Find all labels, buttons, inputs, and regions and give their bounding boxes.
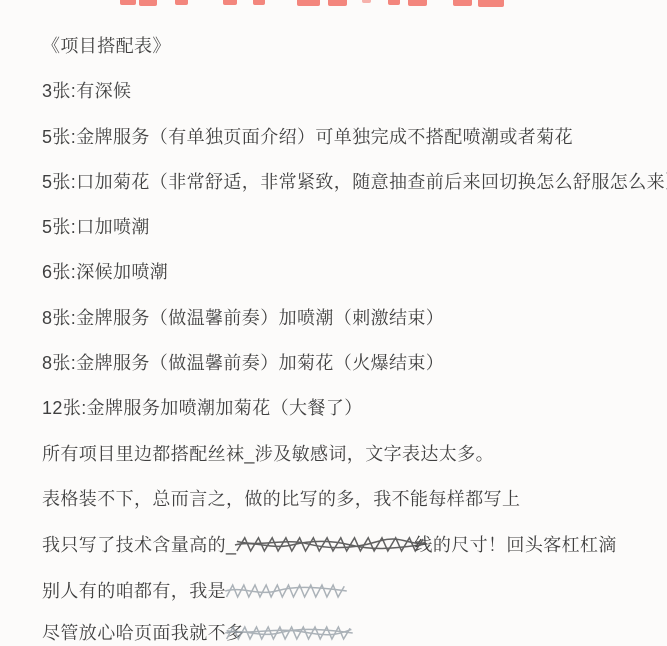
redacted-line-1-prefix: 我只写了技术含量高的_ bbox=[42, 535, 236, 555]
scribble-redaction-3 bbox=[244, 623, 350, 643]
red-heading-fragment bbox=[223, 0, 237, 5]
redacted-line-1: 我只写了技术含量高的_ 线的尺寸！回头客杠杠滴 bbox=[42, 532, 617, 558]
list-item-5: 6张:深候加喷潮 bbox=[42, 259, 168, 285]
scribble-redaction-2 bbox=[226, 581, 344, 601]
note-line-1: 所有项目里边都搭配丝袜_涉及敏感词，文字表达太多。 bbox=[42, 441, 494, 467]
red-heading-fragment bbox=[453, 0, 472, 6]
red-heading-fragment bbox=[328, 0, 347, 6]
red-heading-fragment bbox=[478, 0, 504, 7]
list-item-3: 5张:口加菊花（非常舒适，非常紧致，随意抽查前后来回切换怎么舒服怎么来） bbox=[42, 169, 667, 195]
redacted-line-2-prefix: 别人有的咱都有，我是 bbox=[42, 581, 226, 601]
red-heading-fragment bbox=[297, 0, 320, 6]
list-item-2: 5张:金牌服务（有单独页面介绍）可单独完成不搭配喷潮或者菊花 bbox=[42, 124, 573, 150]
redacted-line-3-prefix: 尽管放心哈页面我就不 bbox=[42, 623, 226, 643]
red-heading-fragment bbox=[362, 0, 371, 3]
red-heading-fragment bbox=[175, 0, 188, 5]
clipped-red-heading bbox=[0, 0, 667, 9]
red-heading-fragment bbox=[253, 0, 265, 5]
note-line-2: 表格装不下，总而言之，做的比写的多，我不能每样都写上 bbox=[42, 486, 520, 512]
red-heading-fragment bbox=[388, 0, 400, 5]
red-heading-fragment bbox=[120, 0, 136, 5]
scribble-redaction-1 bbox=[236, 535, 414, 555]
red-heading-fragment bbox=[139, 0, 157, 6]
document-page: 《项目搭配表》 3张:有深候 5张:金牌服务（有单独页面介绍）可单独完成不搭配喷… bbox=[0, 0, 667, 646]
document-title: 《项目搭配表》 bbox=[42, 33, 171, 59]
red-heading-fragment bbox=[408, 0, 427, 6]
list-item-4: 5张:口加喷潮 bbox=[42, 214, 150, 240]
list-item-1: 3张:有深候 bbox=[42, 78, 131, 104]
redacted-line-3: 尽管放心哈页面我就不多 bbox=[42, 620, 350, 646]
redacted-line-2: 别人有的咱都有，我是 bbox=[42, 578, 344, 604]
redacted-line-1-suffix: 线的尺寸！回头客杠杠滴 bbox=[414, 535, 616, 555]
list-item-8: 12张:金牌服务加喷潮加菊花（大餐了） bbox=[42, 395, 363, 421]
list-item-6: 8张:金牌服务（做温馨前奏）加喷潮（刺激结束） bbox=[42, 305, 444, 331]
list-item-7: 8张:金牌服务（做温馨前奏）加菊花（火爆结束） bbox=[42, 350, 444, 376]
